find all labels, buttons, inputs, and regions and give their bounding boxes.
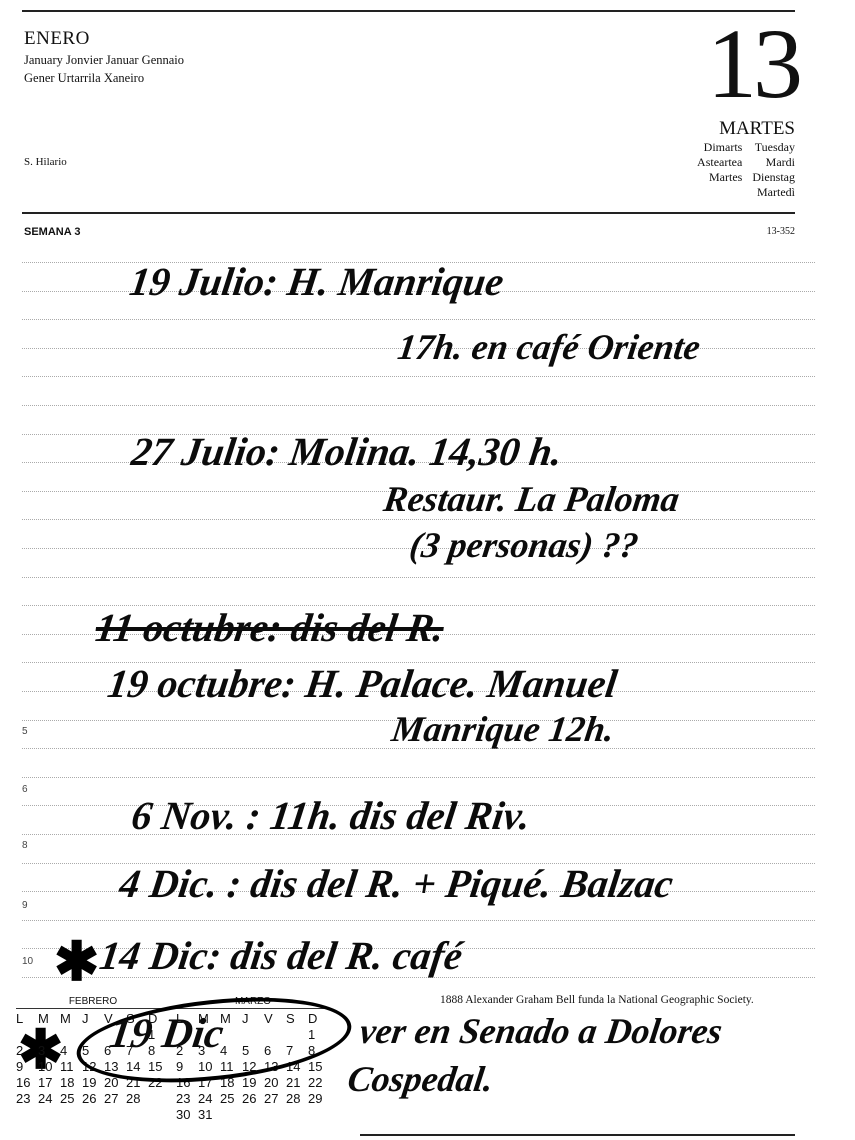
weekday-translation <box>697 185 742 200</box>
calendar-day: 22 <box>308 1075 330 1091</box>
month-translations-line2: Gener Urtarrila Xaneiro <box>24 71 144 86</box>
handwritten-line: ver en Senado a Dolores <box>357 1010 725 1052</box>
saint-of-day: S. Hilario <box>24 156 67 168</box>
hour-marker: 5 <box>22 726 28 737</box>
handwritten-line: (3 personas) ?? <box>407 524 641 566</box>
calendar-day: 23 <box>176 1091 198 1107</box>
hour-marker: 8 <box>22 840 28 851</box>
mini-calendar-title: FEBRERO <box>16 996 170 1009</box>
calendar-day <box>220 1107 242 1123</box>
ruled-line <box>22 405 815 406</box>
day-of-year: 13-352 <box>767 226 795 237</box>
calendar-day: 30 <box>176 1107 198 1123</box>
calendar-day: 3 <box>38 1043 60 1059</box>
ephemeris-note: 1888 Alexander Graham Bell funda la Nati… <box>440 994 754 1006</box>
calendar-day: 27 <box>264 1091 286 1107</box>
ruled-line <box>22 319 815 320</box>
weekday-translations: Dimarts Tuesday Asteartea Mardi Martes D… <box>697 140 795 200</box>
weekday-header: M <box>60 1011 82 1027</box>
ruled-line <box>22 777 815 778</box>
handwritten-line: Restaur. La Paloma <box>381 478 682 520</box>
weekday-header: M <box>38 1011 60 1027</box>
circled-note-text: 19 Dic <box>107 1010 227 1058</box>
ruled-line <box>22 577 815 578</box>
calendar-day: 19 <box>242 1075 264 1091</box>
handwritten-line: Manrique 12h. <box>389 708 617 750</box>
bottom-rule <box>360 1134 795 1136</box>
calendar-day: 11 <box>60 1059 82 1075</box>
calendar-day: 26 <box>82 1091 104 1107</box>
calendar-day <box>286 1107 308 1123</box>
ruled-line <box>22 376 815 377</box>
day-number: 13 <box>707 14 799 114</box>
month-title: ENERO <box>24 28 90 50</box>
handwritten-line: 19 Julio: H. Manrique <box>127 258 507 305</box>
calendar-day: 31 <box>198 1107 220 1123</box>
calendar-day: 10 <box>38 1059 60 1075</box>
hour-marker: 10 <box>22 956 33 967</box>
handwritten-line: 14 Dic: dis del R. café <box>97 932 466 979</box>
calendar-day <box>264 1107 286 1123</box>
calendar-day: 24 <box>198 1091 220 1107</box>
handwritten-line: 17h. en café Oriente <box>395 326 703 368</box>
asterisk-mark: ✱ <box>54 930 99 993</box>
calendar-day <box>242 1107 264 1123</box>
weekday-translation: Martedì <box>752 185 795 200</box>
calendar-day: 21 <box>286 1075 308 1091</box>
calendar-day <box>308 1107 330 1123</box>
calendar-day: 17 <box>38 1075 60 1091</box>
calendar-day: 25 <box>220 1091 242 1107</box>
weekday-translation: Asteartea <box>697 155 742 170</box>
hour-marker: 9 <box>22 900 28 911</box>
calendar-day: 20 <box>264 1075 286 1091</box>
handwritten-line: 4 Dic. : dis del R. + Piqué. Balzac <box>117 860 676 907</box>
weekday-translation: Mardi <box>752 155 795 170</box>
calendar-day: 24 <box>38 1091 60 1107</box>
calendar-day: 19 <box>82 1075 104 1091</box>
weekday-translation: Dimarts <box>697 140 742 155</box>
handwritten-crossed-out-line: 11 octubre: dis del R. <box>93 604 447 651</box>
weekday-name: MARTES <box>719 118 795 140</box>
weekday-translation: Martes <box>697 170 742 185</box>
calendar-day: 25 <box>60 1091 82 1107</box>
weekday-translation: Dienstag <box>752 170 795 185</box>
weekday-header: L <box>16 1011 38 1027</box>
ruled-line <box>22 920 815 921</box>
calendar-day: 2 <box>16 1043 38 1059</box>
calendar-day <box>60 1027 82 1043</box>
calendar-day <box>16 1027 38 1043</box>
calendar-day: 26 <box>242 1091 264 1107</box>
calendar-day: 18 <box>60 1075 82 1091</box>
handwritten-line: 27 Julio: Molina. 14,30 h. <box>129 428 566 475</box>
handwritten-line: Cospedal. <box>345 1058 496 1100</box>
weekday-header: J <box>82 1011 104 1027</box>
calendar-day <box>38 1027 60 1043</box>
calendar-day <box>148 1091 170 1107</box>
calendar-day: 15 <box>308 1059 330 1075</box>
calendar-day: 23 <box>16 1091 38 1107</box>
calendar-day: 28 <box>286 1091 308 1107</box>
calendar-day: 29 <box>308 1091 330 1107</box>
calendar-day: 16 <box>16 1075 38 1091</box>
top-rule <box>22 10 795 12</box>
header-rule <box>22 212 795 214</box>
month-translations-line1: January Jonvier Januar Gennaio <box>24 53 184 68</box>
calendar-day: 9 <box>16 1059 38 1075</box>
calendar-day: 27 <box>104 1091 126 1107</box>
calendar-day: 28 <box>126 1091 148 1107</box>
handwritten-line: 19 octubre: H. Palace. Manuel <box>105 660 620 707</box>
hour-marker: 6 <box>22 784 28 795</box>
week-label: SEMANA 3 <box>24 226 80 238</box>
hour-markers: 5 6 8 9 10 <box>18 250 38 990</box>
weekday-translation: Tuesday <box>752 140 795 155</box>
handwritten-line: 6 Nov. : 11h. dis del Riv. <box>129 792 534 839</box>
